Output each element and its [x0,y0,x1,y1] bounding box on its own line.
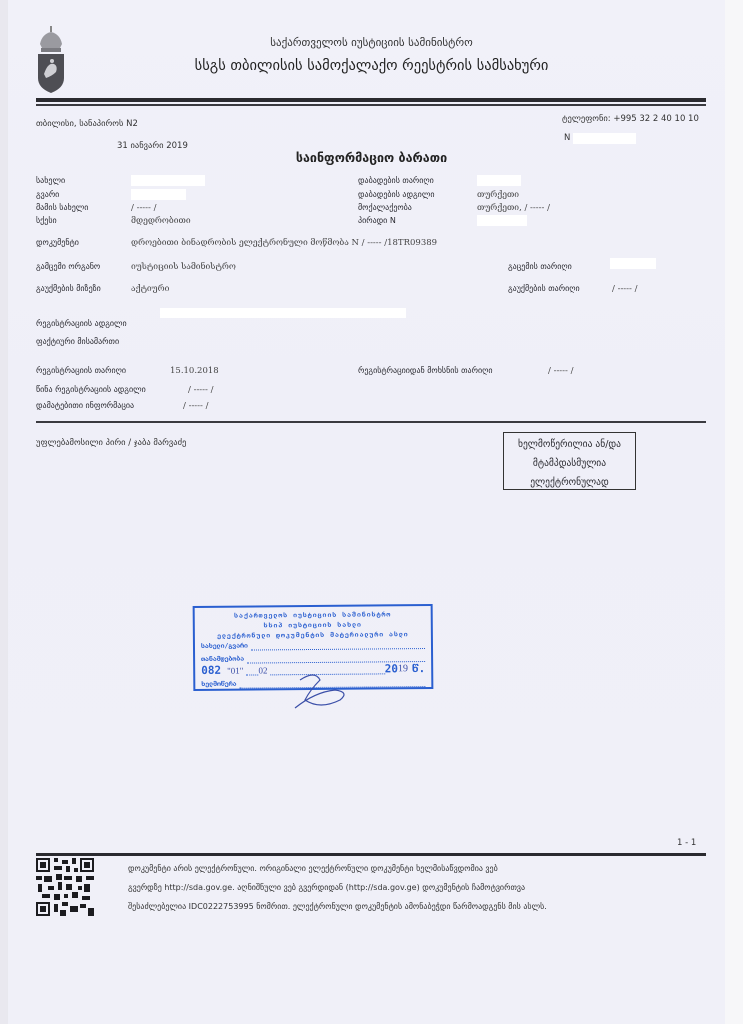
sign-box-line-2: მტამპდასმულია [504,454,635,473]
stamp-day: 01 [231,666,240,676]
stamp-number: 082 [201,666,221,676]
footer-line-2: გვერდზე http://sda.gov.ge. აღნიშნული ვებ… [128,878,718,897]
header-divider-thin [36,104,706,106]
document-value: დროებითი ბინადრობის ელექტრონული მოწმობა … [131,238,437,248]
invalidation-reason-label: გაუქმების მიზეზი [36,284,101,293]
invalidation-date-value: / ----- / [612,284,638,294]
father-name-value: / ----- / [131,203,157,213]
registration-place-label: რეგისტრაციის ადგილი [36,319,127,328]
previous-place-label: წინა რეგისტრაციის ადგილი [36,385,146,394]
redacted-document-number [573,133,636,144]
gender-label: სქესი [36,216,57,225]
office-phone: ტელეფონი: +995 32 2 40 10 10 [562,114,699,124]
redacted-last-name [131,189,186,200]
footer-divider [36,853,706,856]
stamp-year-prefix: 20 [385,664,398,674]
stamp-line-3: ელექტრონული დოკუმენტის მატერიალური ასლი [201,629,425,641]
birth-place-value: თურქეთი [477,190,519,200]
sign-box-line-3: ელექტრონულად [504,473,635,492]
personal-number-label: პირადი N [358,216,396,225]
previous-place-value: / ----- / [188,385,214,395]
first-name-label: სახელი [36,176,65,185]
header-divider [36,98,706,102]
office-address: თბილისი, სანაპიროს N2 [36,119,138,129]
redacted-first-name [131,175,205,186]
actual-address-label: ფაქტიური მისამართი [36,337,119,346]
redacted-registration-place [160,308,406,318]
stamp-signature-label: ხელმოწერა [201,679,236,689]
birth-place-label: დაბადების ადგილი [358,190,434,199]
section-divider [36,421,706,423]
father-name-label: მამის სახელი [36,203,88,212]
stamp-position-label: თანამდებობა [201,654,244,664]
redacted-personal-number [477,215,527,226]
stamp-year-abbr: წ. [412,664,425,674]
issuer-value: იუსტიციის სამინისტრო [131,262,236,272]
gender-value: მდედრობითი [131,216,191,226]
stamp-year-suffix: 19 [398,664,408,674]
page-number: 1 - 1 [677,838,696,848]
invalidation-date-label: გაუქმების თარიღი [508,284,580,293]
ministry-name: საქართველოს იუსტიციის სამინისტრო [0,36,743,49]
additional-info-label: დამატებითი ინფორმაცია [36,401,134,410]
invalidation-reason-value: აქტიური [131,284,169,294]
removal-date-value: / ----- / [548,366,574,376]
page-title: საინფორმაციო ბარათი [0,150,743,165]
document-label: დოკუმენტი [36,238,79,247]
handwritten-signature [280,670,350,715]
last-name-label: გვარი [36,190,59,199]
stamp-name-label: სახელი/გვარი [201,641,248,651]
registration-date-label: რეგისტრაციის თარიღი [36,366,126,375]
redacted-birth-date [477,175,521,186]
stamp-month: 02 [258,665,267,675]
authorized-person: უფლებამოსილი პირი / ჯაბა მარვაძე [36,438,186,448]
birth-date-label: დაბადების თარიღი [358,176,434,185]
document-number-label: N [564,133,570,143]
issue-date-label: გაცემის თარიღი [508,262,572,271]
removal-date-label: რეგისტრაციიდან მოხსნის თარიღი [358,366,493,375]
citizenship-value: თურქეთი, / ----- / [477,203,550,213]
agency-name: სსგს თბილისის სამოქალაქო რეესტრის სამსახ… [0,58,743,74]
issuer-label: გამცემი ორგანო [36,262,100,271]
footer-notice: დოკუმენტი არის ელექტრონული. ორიგინალი ელ… [128,859,718,916]
redacted-issue-date [610,258,656,269]
additional-info-value: / ----- / [183,401,209,411]
electronic-signature-box: ხელმოწერილია ან/და მტამპდასმულია ელექტრო… [503,432,636,490]
footer-line-3: შესაძლებელია IDC0222753995 ნომრით. ელექტ… [128,897,718,916]
sign-box-line-1: ხელმოწერილია ან/და [504,435,635,454]
qr-code-icon [36,858,94,916]
registration-date-value: 15.10.2018 [170,366,219,376]
footer-line-1: დოკუმენტი არის ელექტრონული. ორიგინალი ელ… [128,859,718,878]
citizenship-label: მოქალაქეობა [358,203,412,212]
